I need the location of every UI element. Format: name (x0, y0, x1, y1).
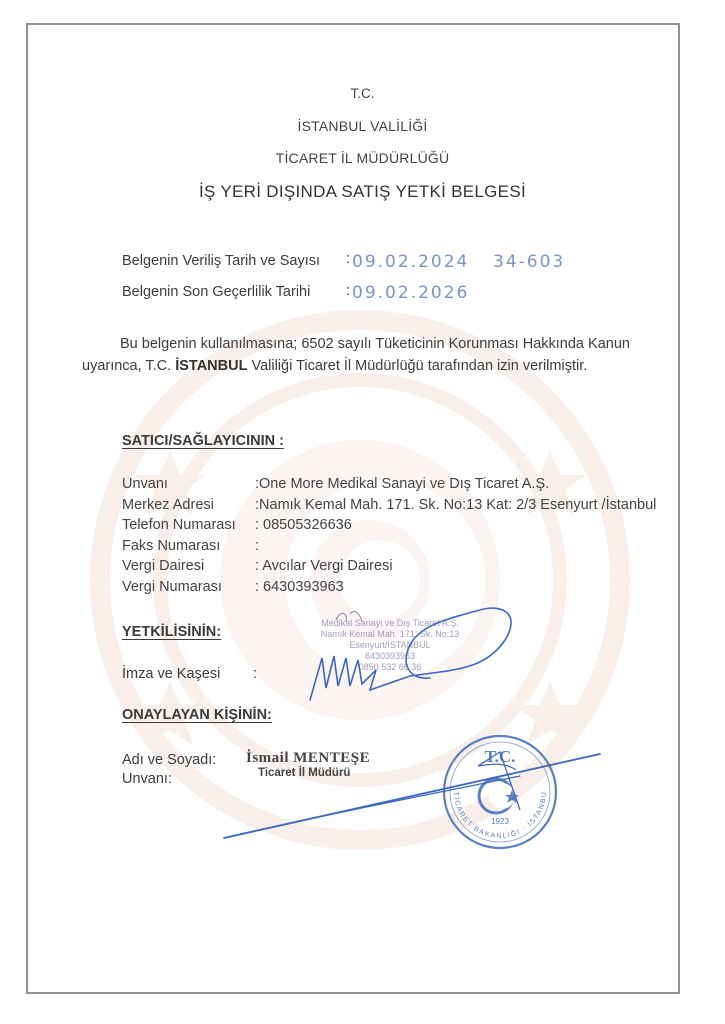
issue-date-value: 09.02.2024 (352, 252, 469, 272)
field-title: Unvanı:One More Medikal Sanayi ve Dış Ti… (122, 474, 656, 495)
header-tc: T.C. (0, 86, 725, 101)
field-phone: Telefon Numarası: 08505326636 (122, 515, 656, 536)
field-tax-office: Vergi Dairesi: Avcılar Vergi Dairesi (122, 556, 656, 577)
seller-fields: Unvanı:One More Medikal Sanayi ve Dış Ti… (122, 474, 656, 597)
approver-signature-icon (220, 740, 610, 850)
issue-number-value: 34-603 (493, 252, 565, 272)
issue-date-colon: : (346, 251, 350, 267)
header-governorship: İSTANBUL VALİLİĞİ (0, 118, 725, 134)
field-address: Merkez Adresi:Namık Kemal Mah. 171. Sk. … (122, 495, 656, 516)
document-title: İŞ YERİ DIŞINDA SATIŞ YETKİ BELGESİ (0, 182, 725, 202)
expiry-date-colon: : (346, 283, 350, 299)
signature-label: İmza ve Kaşesi (122, 666, 220, 682)
approver-name-label: Adı ve Soyadı: (122, 752, 216, 768)
paragraph-bold-city: İSTANBUL (175, 358, 247, 374)
issue-date-label: Belgenin Veriliş Tarih ve Sayısı (122, 253, 320, 269)
expiry-date-label: Belgenin Son Geçerlilik Tarihi (122, 284, 310, 300)
authorized-signature-icon (300, 600, 530, 710)
authorized-heading: YETKİLİSİNİN: (122, 624, 221, 640)
seller-heading: SATICI/SAĞLAYICININ : (122, 433, 284, 449)
field-fax: Faks Numarası: (122, 536, 656, 557)
approver-heading: ONAYLAYAN KİŞİNİN: (122, 707, 272, 723)
approver-title-label: Unvanı: (122, 771, 172, 787)
authorization-paragraph: Bu belgenin kullanılmasına; 6502 sayılı … (82, 333, 642, 377)
header-directorate: TİCARET İL MÜDÜRLÜĞÜ (0, 150, 725, 166)
expiry-date-value: 09.02.2026 (352, 283, 469, 303)
field-tax-number: Vergi Numarası: 6430393963 (122, 577, 656, 598)
signature-colon: : (253, 666, 257, 682)
paragraph-text-2: Valiliği Ticaret İl Müdürlüğü tarafından… (247, 358, 587, 374)
